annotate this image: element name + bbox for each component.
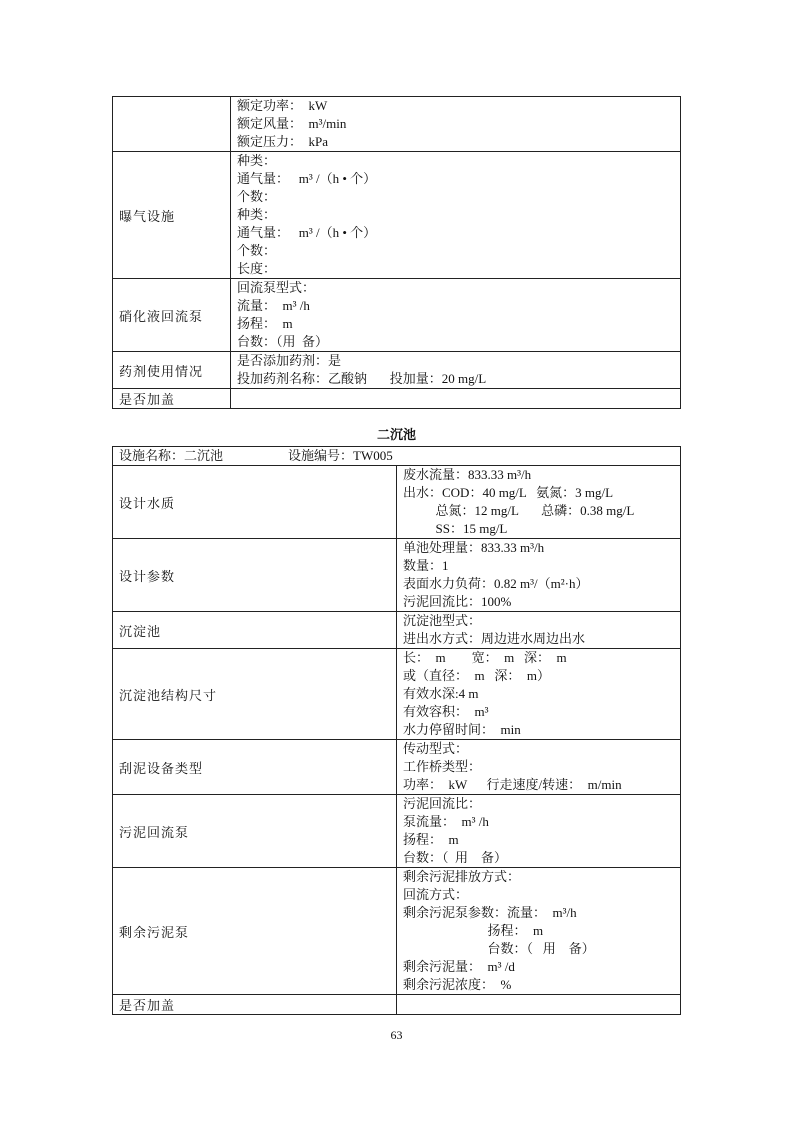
- table-row: 是否加盖: [113, 389, 681, 409]
- section-title: 二沉池: [0, 424, 793, 443]
- table-row: 沉淀池沉淀池型式：进出水方式：周边进水周边出水: [113, 612, 681, 649]
- value-line: 或（直径： m 深： m）: [403, 667, 680, 685]
- value-line: 有效容积： m³: [403, 703, 680, 721]
- value-line: 回流方式：: [403, 886, 680, 904]
- row-value: 回流泵型式：流量： m³ /h扬程： m台数：（用 备）: [231, 279, 681, 352]
- row-label: 沉淀池结构尺寸: [113, 649, 397, 740]
- table-row: 污泥回流泵污泥回流比：泵流量： m³ /h扬程： m台数：（ 用 备）: [113, 795, 681, 868]
- value-line: 额定风量： m³/min: [237, 115, 680, 133]
- value-line: 长： m 宽： m 深： m: [403, 649, 680, 667]
- value-line: 个数：: [237, 188, 680, 206]
- row-value: 额定功率： kW额定风量： m³/min额定压力： kPa: [231, 97, 681, 152]
- secondary-clarifier-table: 设施名称：二沉池 设施编号：TW005 设计水质废水流量：833.33 m³/h…: [112, 446, 681, 1015]
- value-line: 剩余污泥泵参数：流量： m³/h: [403, 904, 680, 922]
- row-label: 剩余污泥泵: [113, 868, 397, 995]
- value-line: 扬程： m: [237, 315, 680, 333]
- value-line: 剩余污泥排放方式：: [403, 868, 680, 886]
- row-value: 污泥回流比：泵流量： m³ /h扬程： m台数：（ 用 备）: [397, 795, 681, 868]
- row-label: 设计参数: [113, 539, 397, 612]
- value-line: 回流泵型式：: [237, 279, 680, 297]
- row-label: [113, 97, 231, 152]
- row-label: 污泥回流泵: [113, 795, 397, 868]
- table-row: 设计参数单池处理量：833.33 m³/h数量：1表面水力负荷：0.82 m³/…: [113, 539, 681, 612]
- equipment-table-continued: 额定功率： kW额定风量： m³/min额定压力： kPa曝气设施种类：通气量：…: [112, 96, 681, 409]
- row-value: 种类：通气量： m³ /（h • 个）个数：种类：通气量： m³ /（h • 个…: [231, 152, 681, 279]
- table-row: 曝气设施种类：通气量： m³ /（h • 个）个数：种类：通气量： m³ /（h…: [113, 152, 681, 279]
- value-line: 种类：: [237, 152, 680, 170]
- row-value: 传动型式：工作桥类型：功率： kW 行走速度/转速： m/min: [397, 740, 681, 795]
- row-value: 长： m 宽： m 深： m或（直径： m 深： m）有效水深:4 m有效容积：…: [397, 649, 681, 740]
- value-line: 流量： m³ /h: [237, 297, 680, 315]
- value-line: 泵流量： m³ /h: [403, 813, 680, 831]
- row-label: 药剂使用情况: [113, 352, 231, 389]
- row-label: 是否加盖: [113, 389, 231, 409]
- value-line: 出水：COD：40 mg/L 氨氮：3 mg/L: [403, 484, 680, 502]
- value-line: 剩余污泥浓度： %: [403, 976, 680, 994]
- value-line: 水力停留时间： min: [403, 721, 680, 739]
- value-line: 废水流量：833.33 m³/h: [403, 466, 680, 484]
- page-number: 63: [0, 1028, 793, 1043]
- value-line: 功率： kW 行走速度/转速： m/min: [403, 776, 680, 794]
- facility-header-row: 设施名称：二沉池 设施编号：TW005: [113, 447, 681, 466]
- value-line: SS：15 mg/L: [403, 520, 680, 538]
- value-line: 有效水深:4 m: [403, 685, 680, 703]
- value-line: 种类：: [237, 206, 680, 224]
- row-label: 设计水质: [113, 466, 397, 539]
- value-line: 长度：: [237, 260, 680, 278]
- table-row: 沉淀池结构尺寸长： m 宽： m 深： m或（直径： m 深： m）有效水深:4…: [113, 649, 681, 740]
- value-line: 表面水力负荷：0.82 m³/（m²·h）: [403, 575, 680, 593]
- row-value: 废水流量：833.33 m³/h出水：COD：40 mg/L 氨氮：3 mg/L…: [397, 466, 681, 539]
- value-line: 剩余污泥量： m³ /d: [403, 958, 680, 976]
- table-row: 药剂使用情况是否添加药剂：是投加药剂名称：乙酸钠 投加量：20 mg/L: [113, 352, 681, 389]
- value-line: 通气量： m³ /（h • 个）: [237, 170, 680, 188]
- row-value: 单池处理量：833.33 m³/h数量：1表面水力负荷：0.82 m³/（m²·…: [397, 539, 681, 612]
- value-line: 投加药剂名称：乙酸钠 投加量：20 mg/L: [237, 370, 680, 388]
- value-line: 数量：1: [403, 557, 680, 575]
- value-line: 扬程： m: [403, 831, 680, 849]
- value-line: 台数：（ 用 备）: [403, 940, 680, 958]
- row-value: 是否添加药剂：是投加药剂名称：乙酸钠 投加量：20 mg/L: [231, 352, 681, 389]
- row-value: [231, 389, 681, 409]
- value-line: 通气量： m³ /（h • 个）: [237, 224, 680, 242]
- value-line: 沉淀池型式：: [403, 612, 680, 630]
- value-line: 污泥回流比：: [403, 795, 680, 813]
- value-line: 单池处理量：833.33 m³/h: [403, 539, 680, 557]
- row-label: 是否加盖: [113, 995, 397, 1015]
- row-label: 刮泥设备类型: [113, 740, 397, 795]
- value-line: 扬程： m: [403, 922, 680, 940]
- table-row: 剩余污泥泵剩余污泥排放方式：回流方式：剩余污泥泵参数：流量： m³/h 扬程： …: [113, 868, 681, 995]
- value-line: 总氮：12 mg/L 总磷：0.38 mg/L: [403, 502, 680, 520]
- value-line: 传动型式：: [403, 740, 680, 758]
- value-line: 台数：（用 备）: [237, 333, 680, 351]
- row-label: 硝化液回流泵: [113, 279, 231, 352]
- table-row: 刮泥设备类型传动型式：工作桥类型：功率： kW 行走速度/转速： m/min: [113, 740, 681, 795]
- value-line: 是否添加药剂：是: [237, 352, 680, 370]
- facility-name-and-id: 设施名称：二沉池 设施编号：TW005: [113, 447, 681, 466]
- value-line: 工作桥类型：: [403, 758, 680, 776]
- value-line: [403, 996, 680, 1014]
- value-line: [237, 390, 680, 408]
- table-row: 设计水质废水流量：833.33 m³/h出水：COD：40 mg/L 氨氮：3 …: [113, 466, 681, 539]
- value-line: 进出水方式：周边进水周边出水: [403, 630, 680, 648]
- row-value: 沉淀池型式：进出水方式：周边进水周边出水: [397, 612, 681, 649]
- row-label: 曝气设施: [113, 152, 231, 279]
- table-row: 额定功率： kW额定风量： m³/min额定压力： kPa: [113, 97, 681, 152]
- value-line: 台数：（ 用 备）: [403, 849, 680, 867]
- table-row: 是否加盖: [113, 995, 681, 1015]
- row-value: 剩余污泥排放方式：回流方式：剩余污泥泵参数：流量： m³/h 扬程： m 台数：…: [397, 868, 681, 995]
- value-line: 额定功率： kW: [237, 97, 680, 115]
- row-label: 沉淀池: [113, 612, 397, 649]
- value-line: 污泥回流比：100%: [403, 593, 680, 611]
- table-row: 硝化液回流泵回流泵型式：流量： m³ /h扬程： m台数：（用 备）: [113, 279, 681, 352]
- value-line: 个数：: [237, 242, 680, 260]
- value-line: 额定压力： kPa: [237, 133, 680, 151]
- row-value: [397, 995, 681, 1015]
